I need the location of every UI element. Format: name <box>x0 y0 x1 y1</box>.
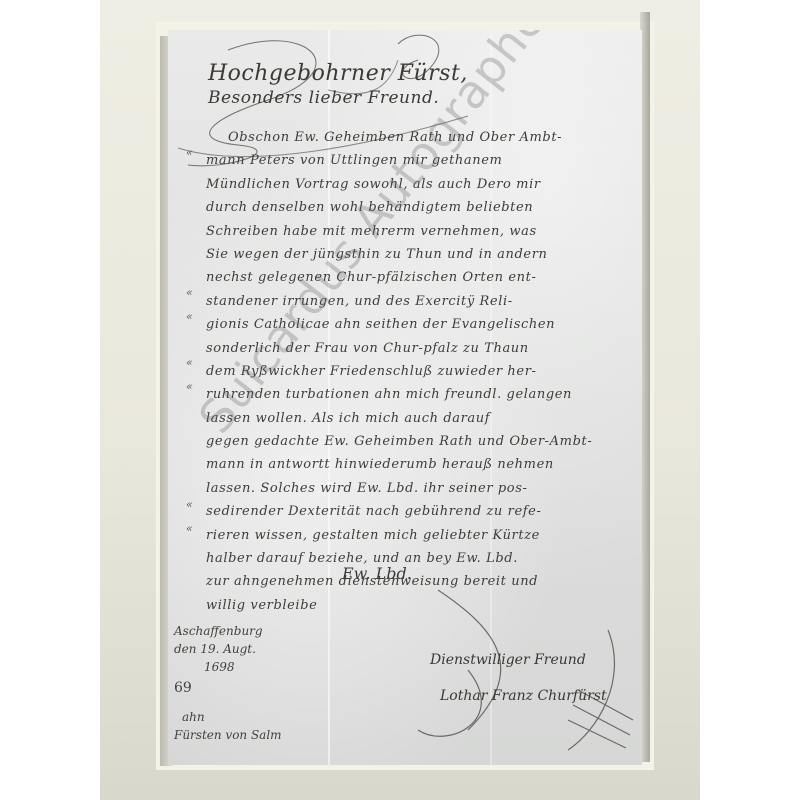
body-line: sonderlich der Frau von Chur-pfalz zu Th… <box>206 337 636 360</box>
margin-mark: « <box>186 310 193 323</box>
margin-mark: « <box>186 356 193 369</box>
address-line-1: ahn <box>174 708 282 726</box>
margin-mark: « <box>186 286 193 299</box>
body-line: Obschon Ew. Geheimben Rath und Ober Ambt… <box>206 126 636 149</box>
margin-mark: « <box>186 498 193 511</box>
signature-line-2: Lothar Franz Churfürst <box>430 678 607 714</box>
body-line: rieren wissen, gestalten mich geliebter … <box>206 524 636 547</box>
salutation-line-1: Hochgebohrner Fürst, <box>208 62 468 86</box>
body-line: gegen gedachte Ew. Geheimben Rath und Ob… <box>206 430 636 453</box>
body-line: gionis Catholicae ahn seithen der Evange… <box>206 313 636 336</box>
salutation: Hochgebohrner Fürst, Besonders lieber Fr… <box>208 62 468 110</box>
signature-block: Dienstwilliger Freund Lothar Franz Churf… <box>430 642 607 714</box>
body-line: Mündlichen Vortrag sowohl, als auch Dero… <box>206 173 636 196</box>
addressee: ahn Fürsten von Salm <box>174 708 282 744</box>
address-line-2: Fürsten von Salm <box>174 726 282 744</box>
margin-mark: « <box>186 380 193 393</box>
margin-mark: « <box>186 522 193 535</box>
date-line: den 19. Augt. <box>174 640 263 658</box>
body-line: Sie wegen der jüngsthin zu Thun und in a… <box>206 243 636 266</box>
body-line: standener irrungen, und des Exercitÿ Rel… <box>206 290 636 313</box>
body-line: mann Peters von Uttlingen mir gethanem <box>206 149 636 172</box>
letter-paper: Hochgebohrner Fürst, Besonders lieber Fr… <box>168 30 642 765</box>
body-line: durch denselben wohl behändigtem beliebt… <box>206 196 636 219</box>
signature-line-1: Dienstwilliger Freund <box>430 642 607 678</box>
body-line: lassen. Solches wird Ew. Lbd. ihr seiner… <box>206 477 636 500</box>
place: Aschaffenburg <box>174 622 263 640</box>
body-line: dem Ryßwickher Friedenschluß zuwieder he… <box>206 360 636 383</box>
body-line: willig verbleibe <box>206 594 636 617</box>
folio-number: 69 <box>174 680 192 696</box>
letter-body: Obschon Ew. Geheimben Rath und Ober Ambt… <box>206 126 636 617</box>
body-line: nechst gelegenen Chur-pfälzischen Orten … <box>206 266 636 289</box>
margin-mark: « <box>186 146 193 159</box>
closing-formula: Ew. Lbd. <box>342 564 412 583</box>
body-line: lassen wollen. Als ich mich auch darauf <box>206 407 636 430</box>
salutation-line-2: Besonders lieber Freund. <box>208 86 468 110</box>
body-line: mann in antwortt hinwiederumb herauß neh… <box>206 453 636 476</box>
body-line: sedirender Dexterität nach gebührend zu … <box>206 500 636 523</box>
body-line: zur ahngenehmen dienstenweisung bereit u… <box>206 570 636 593</box>
place-and-date: Aschaffenburg den 19. Augt. 1698 <box>174 622 263 676</box>
year: 1698 <box>174 658 263 676</box>
body-line: ruhrenden turbationen ahn mich freundl. … <box>206 383 636 406</box>
body-line: Schreiben habe mit mehrerm vernehmen, wa… <box>206 220 636 243</box>
body-line: halber darauf beziehe, und an bey Ew. Lb… <box>206 547 636 570</box>
photo-stage: Hochgebohrner Fürst, Besonders lieber Fr… <box>0 0 800 800</box>
letter-content: Hochgebohrner Fürst, Besonders lieber Fr… <box>168 30 642 765</box>
